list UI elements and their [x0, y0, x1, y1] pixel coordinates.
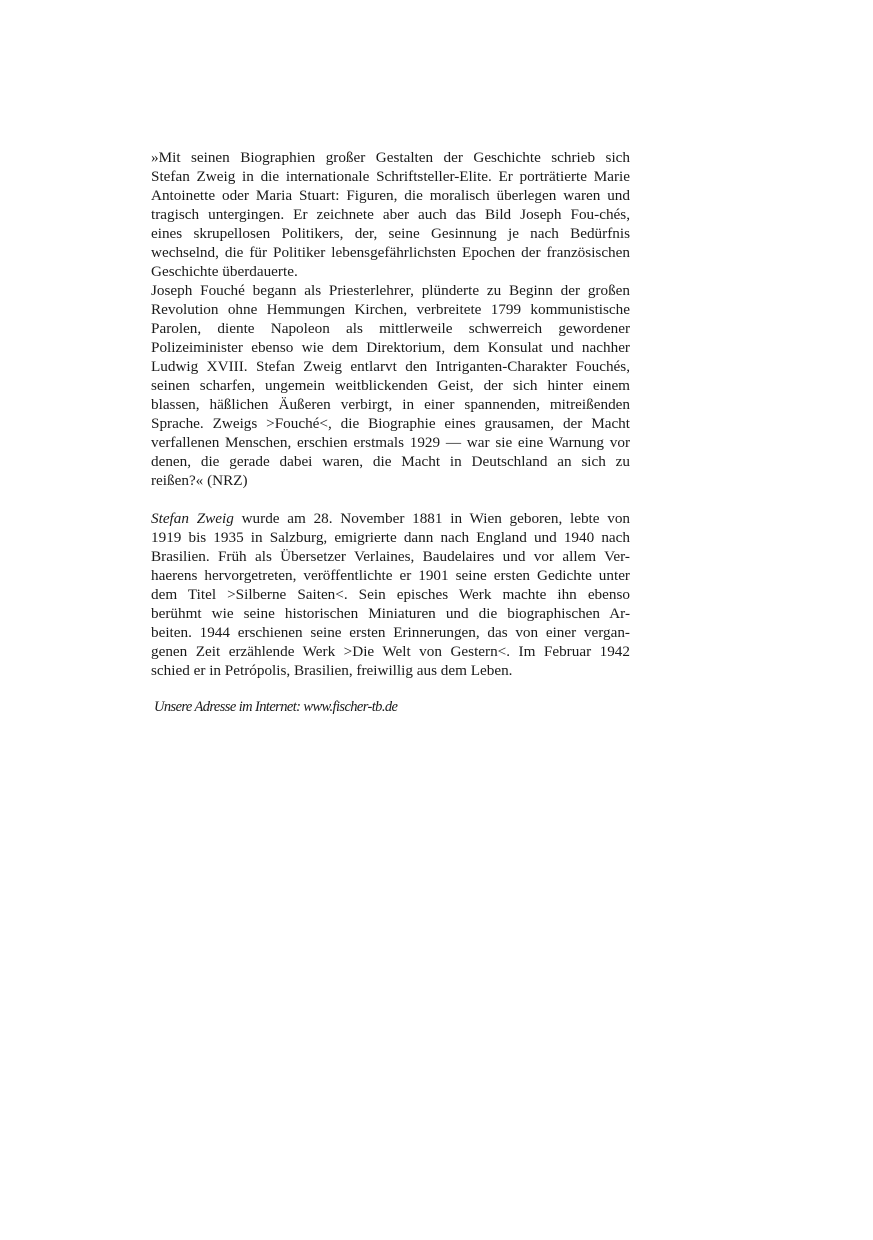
text-line: haerens hervorgetreten, veröffentlichte …	[151, 566, 630, 585]
text-fragment: wurde am 28. November 1881 in Wien gebor…	[234, 510, 630, 527]
text-line: Brasilien. Früh als Übersetzer Verlaines…	[151, 547, 630, 566]
bio-paragraph: Stefan Zweig wurde am 28. November 1881 …	[151, 509, 630, 680]
text-line: Joseph Fouché begann als Priesterlehrer,…	[151, 281, 630, 300]
text-line: eines skrupellosen Politikers, der, sein…	[151, 224, 630, 243]
text-line: Geschichte überdauerte.	[151, 262, 630, 281]
author-name: Stefan Zweig	[151, 510, 234, 527]
text-line: verfallenen Menschen, erschien erstmals …	[151, 433, 630, 452]
text-line: »Mit seinen Biographien großer Gestalten…	[151, 148, 630, 167]
text-line: Polizeiminister ebenso wie dem Direktori…	[151, 338, 630, 357]
text-line: Antoinette oder Maria Stuart: Figuren, d…	[151, 186, 630, 205]
paragraph-spacer	[151, 490, 630, 509]
text-line: 1919 bis 1935 in Salzburg, emigrierte da…	[151, 528, 630, 547]
text-line: Stefan Zweig in die internationale Schri…	[151, 167, 630, 186]
text-line: tragisch untergingen. Er zeichnete aber …	[151, 205, 630, 224]
text-line: denen, die gerade dabei waren, die Macht…	[151, 452, 630, 471]
text-line: berühmt wie seine historischen Miniature…	[151, 604, 630, 623]
text-line: blassen, häßlichen Äußeren verbirgt, in …	[151, 395, 630, 414]
text-line: beiten. 1944 erschienen seine ersten Eri…	[151, 623, 630, 642]
publisher-url-line: Unsere Adresse im Internet: www.fischer-…	[154, 698, 630, 717]
text-line: wechselnd, die für Politiker lebensgefäh…	[151, 243, 630, 262]
text-line: Parolen, diente Napoleon als mittlerweil…	[151, 319, 630, 338]
text-line: seinen scharfen, ungemein weitblickenden…	[151, 376, 630, 395]
text-line: dem Titel >Silberne Saiten<. Sein episch…	[151, 585, 630, 604]
blurb-paragraph: »Mit seinen Biographien großer Gestalten…	[151, 148, 630, 490]
document-page: »Mit seinen Biographien großer Gestalten…	[151, 148, 630, 717]
text-line: schied er in Petrópolis, Brasilien, frei…	[151, 661, 630, 680]
text-line: genen Zeit erzählende Werk >Die Welt von…	[151, 642, 630, 661]
text-line: Ludwig XVIII. Stefan Zweig entlarvt den …	[151, 357, 630, 376]
text-line: reißen?« (NRZ)	[151, 471, 630, 490]
text-line: Stefan Zweig wurde am 28. November 1881 …	[151, 509, 630, 528]
text-line: Sprache. Zweigs >Fouché<, die Biographie…	[151, 414, 630, 433]
text-line: Revolution ohne Hemmungen Kirchen, verbr…	[151, 300, 630, 319]
